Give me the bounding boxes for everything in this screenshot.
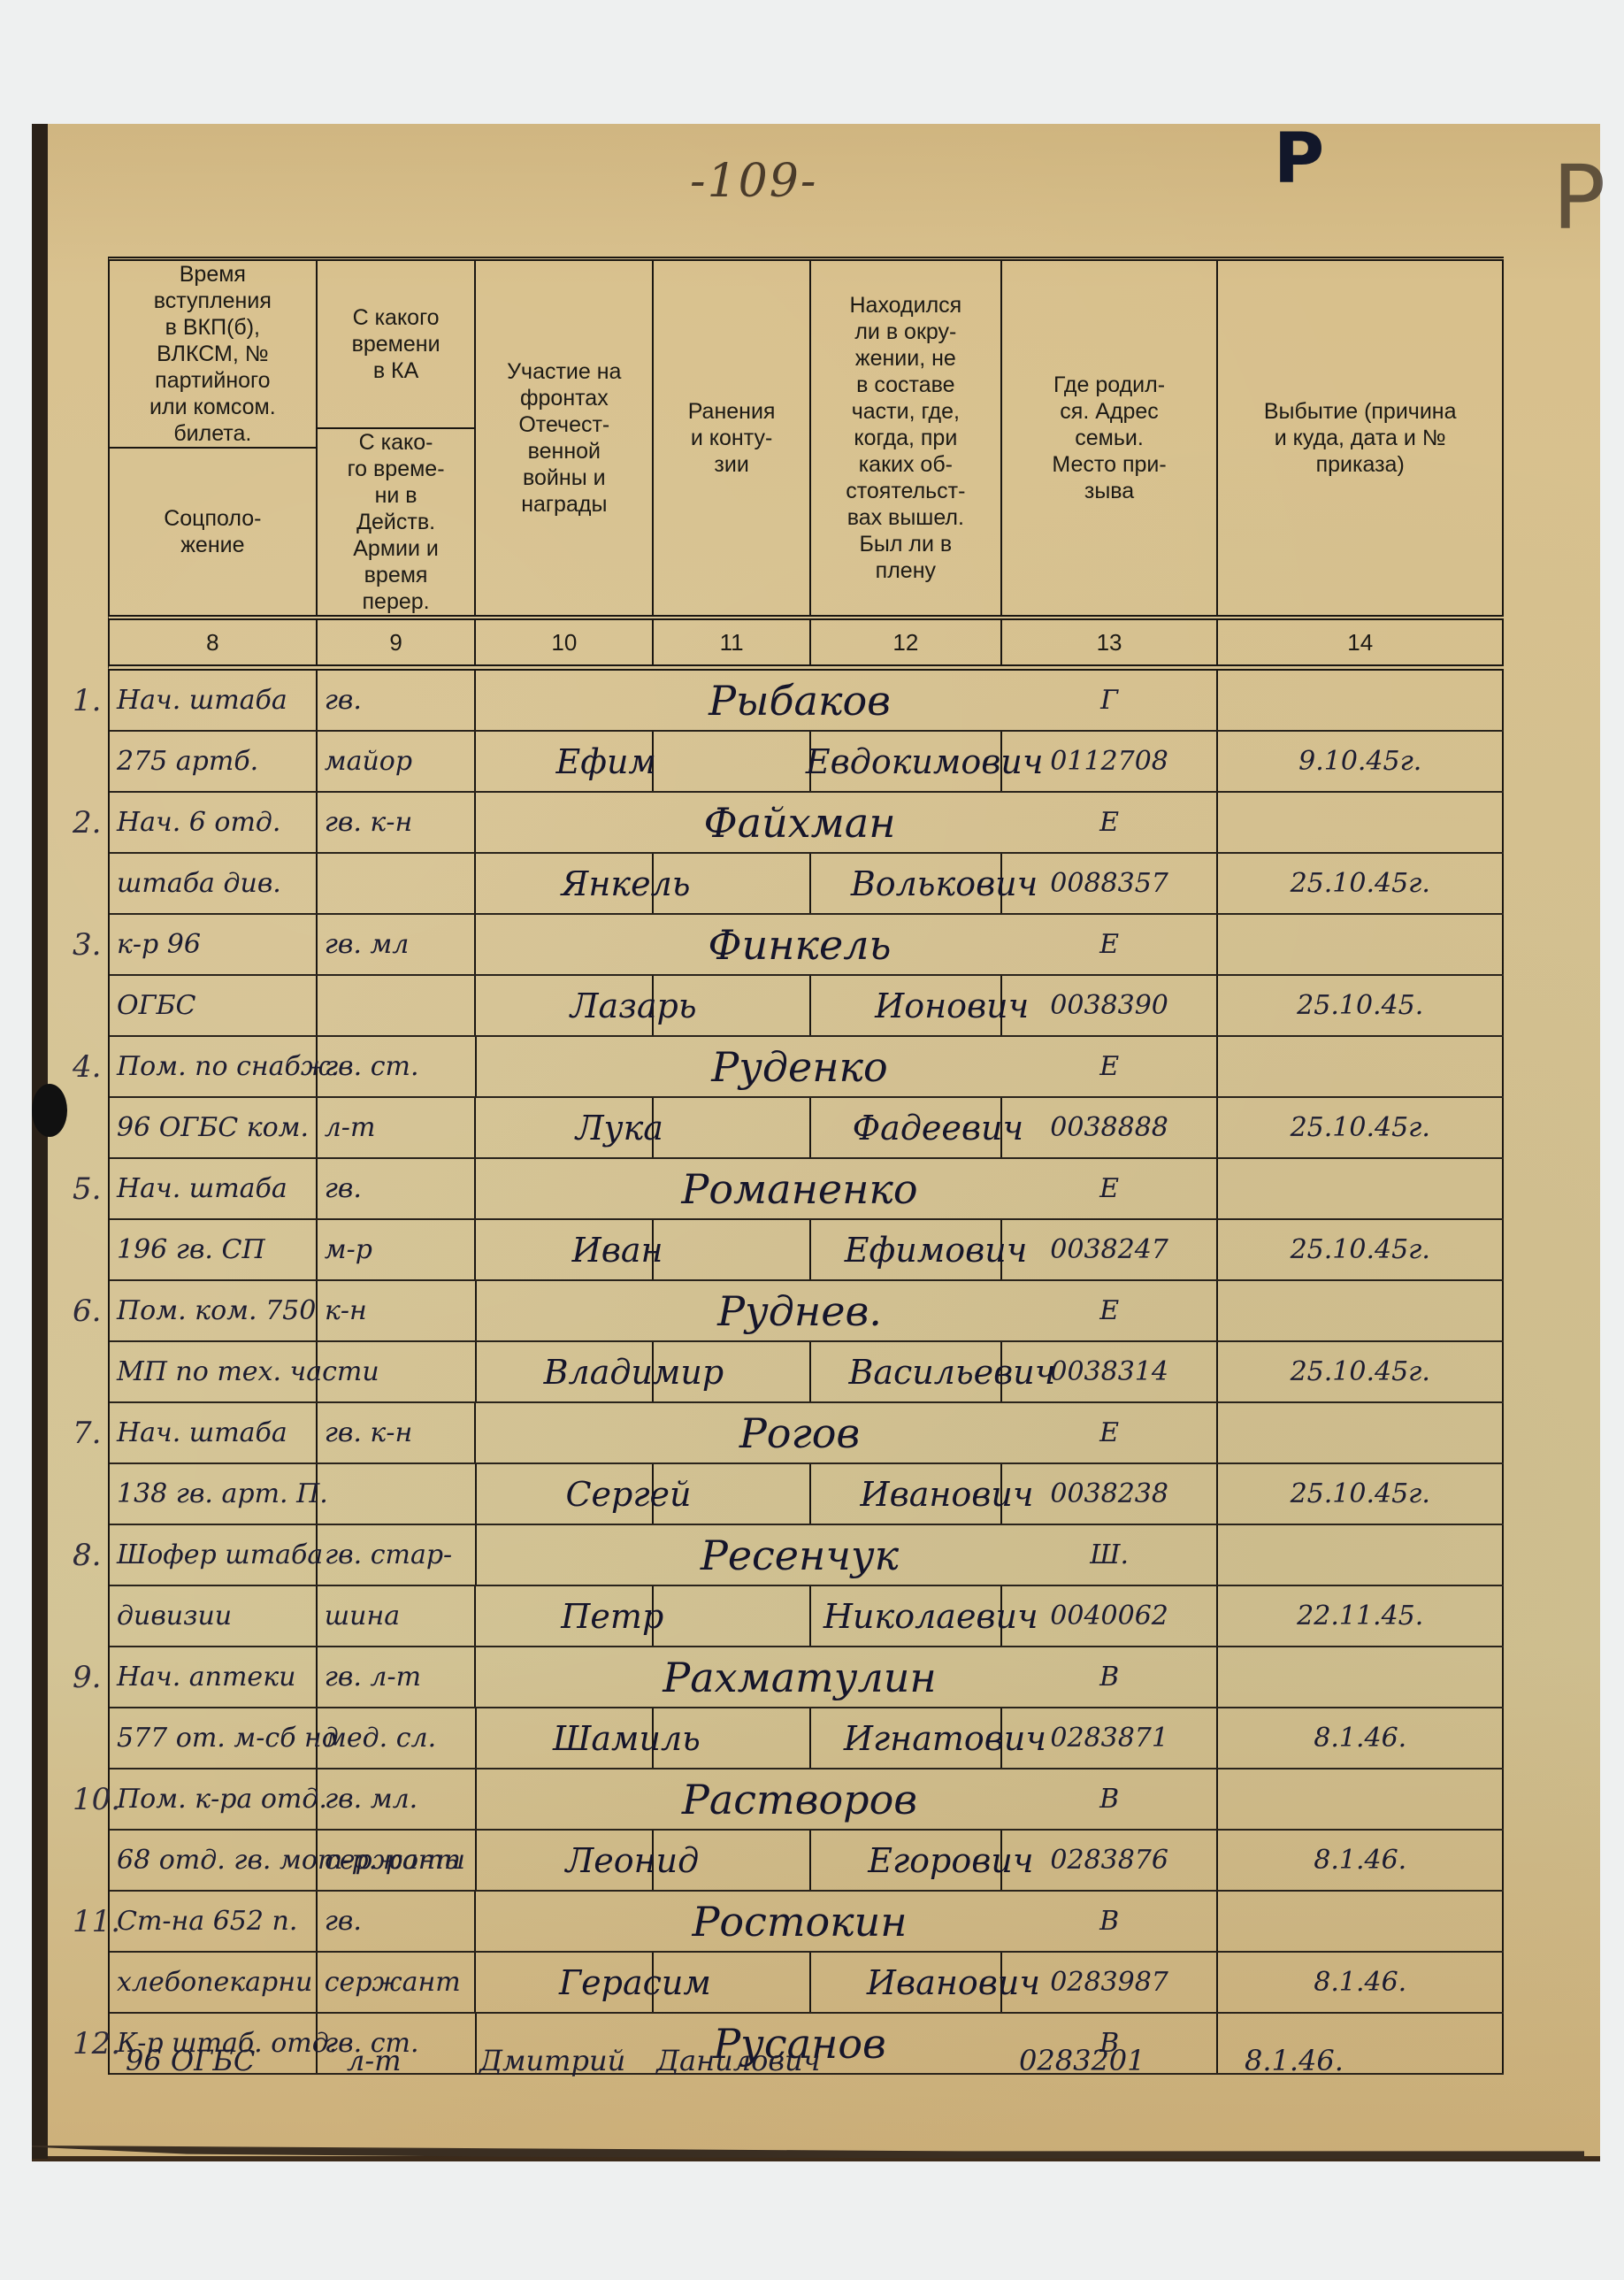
rank-cell: гв. стар-	[318, 1525, 477, 1585]
col-12-cell	[811, 1159, 1002, 1218]
index-letter: Р	[1274, 119, 1324, 199]
table-row-surname: 3.к-р 96гв. млЕФинкель	[110, 915, 1504, 976]
table-body: 1.Нач. штабагв.ГРыбаков275 артб.майор011…	[108, 671, 1504, 2075]
departure-date-cell: 25.10.45г.	[1218, 854, 1504, 913]
col-10-cell	[476, 1159, 654, 1218]
id-number-cell: 0112708	[1002, 732, 1219, 791]
col-11-cell	[654, 1098, 811, 1157]
header-col-10: Участие на фронтах Отечест- венной войны…	[476, 261, 654, 615]
departure-date-cell: 8.1.46.	[1218, 1953, 1504, 2012]
col-12-cell	[811, 1220, 1002, 1279]
col-14-cell	[1218, 915, 1504, 974]
rank-cell: гв.	[318, 1159, 477, 1218]
rank-cell: гв.	[318, 671, 477, 730]
nationality-code-cell: В	[1002, 1892, 1219, 1951]
entry-number: 11.	[73, 1892, 120, 1951]
col-10-cell	[476, 1220, 654, 1279]
col-12-cell	[811, 1831, 1002, 1890]
nationality-code-cell: Ш.	[1002, 1525, 1219, 1585]
column-number: 9	[318, 620, 477, 664]
rank-cell: гв. к-н	[318, 1403, 477, 1462]
col-10-cell	[477, 1769, 655, 1829]
col-14-cell	[1218, 1037, 1504, 1096]
entry-number: 2.	[73, 793, 101, 852]
rank-text: л-т	[347, 2044, 402, 2077]
col-10-cell	[476, 976, 654, 1035]
col-12-cell	[811, 732, 1002, 791]
header-col-9: С какого времени в КА С како- го време- …	[318, 261, 477, 615]
col-10-cell	[476, 1098, 654, 1157]
table-row-details: 138 гв. арт. П.003823825.10.45г.СергейИв…	[110, 1464, 1504, 1525]
col-11-cell	[654, 915, 811, 974]
unit-cell: 138 гв. арт. П.	[110, 1464, 318, 1524]
table-row-details: хлебопекарнисержант02839878.1.46.Герасим…	[110, 1953, 1504, 2014]
col-12-cell	[811, 854, 1002, 913]
entry-number: 6.	[73, 1281, 101, 1340]
col-11-cell	[654, 1342, 811, 1401]
col-10-cell	[477, 1525, 655, 1585]
col-12-cell	[811, 915, 1002, 974]
col-12-cell	[811, 1098, 1002, 1157]
col-12-cell	[811, 1586, 1002, 1646]
col-11-cell	[654, 1831, 811, 1890]
table-row-details: 196 гв. СПм-р003824725.10.45г.ИванЕфимов…	[110, 1220, 1504, 1281]
col-11-cell	[654, 854, 811, 913]
col-12-cell	[811, 1525, 1002, 1585]
nationality-code-cell: Г	[1002, 671, 1219, 730]
rank-cell	[318, 976, 477, 1035]
rank-cell: к-н	[318, 1281, 477, 1340]
col-12-cell	[811, 1464, 1002, 1524]
nationality-code-cell: Е	[1002, 1403, 1219, 1462]
entry-number: 3.	[73, 915, 101, 974]
col-10-cell	[476, 915, 654, 974]
position-cell: Шофер штаба	[110, 1525, 318, 1585]
departure-date-cell: 25.10.45г.	[1218, 1342, 1504, 1401]
entry-number: 7.	[73, 1403, 101, 1462]
entry-number: 5.	[73, 1159, 101, 1218]
col-14-cell	[1218, 1281, 1504, 1340]
col-14-cell	[1218, 1525, 1504, 1585]
col-10-cell	[477, 1708, 655, 1768]
id-number-cell: 0038238	[1002, 1464, 1219, 1524]
id-number-cell: 0038390	[1002, 976, 1219, 1035]
departure-date-cell: 25.10.45.	[1218, 976, 1504, 1035]
table-row-details: 577 от. м-сб ндмед. сл.02838718.1.46.Шам…	[110, 1708, 1504, 1769]
col-11-cell	[654, 1525, 811, 1585]
col-12-cell	[811, 1403, 1002, 1462]
rank-cell	[318, 854, 477, 913]
column-number-row: 8 9 10 11 12 13 14	[108, 615, 1504, 671]
col-12-cell	[811, 1342, 1002, 1401]
departure-date-cell: 8.1.46.	[1218, 1831, 1504, 1890]
column-number: 13	[1002, 620, 1219, 664]
col-14-cell	[1218, 1892, 1504, 1951]
table-row-details: штаба див.008835725.10.45г.ЯнкельВольков…	[110, 854, 1504, 915]
rank-cell: шина	[318, 1586, 477, 1646]
col-10-cell	[476, 1953, 654, 2012]
rank-cell: гв. мл.	[318, 1769, 477, 1829]
col-10-cell	[477, 1281, 655, 1340]
ink-stain	[32, 1084, 67, 1137]
id-number-cell: 0038888	[1002, 1098, 1219, 1157]
col-10-cell	[476, 1586, 654, 1646]
id-number-cell: 0283876	[1002, 1831, 1219, 1890]
col-14-cell	[1218, 1159, 1504, 1218]
col-10-cell	[476, 793, 654, 852]
rank-cell: гв. мл	[318, 915, 477, 974]
col-11-cell	[654, 1403, 811, 1462]
column-number: 8	[110, 620, 318, 664]
col-11-cell	[654, 1892, 811, 1951]
col-11-cell	[654, 1159, 811, 1218]
nationality-code-cell: Е	[1002, 1159, 1219, 1218]
nationality-code-cell: Е	[1002, 1281, 1219, 1340]
rank-cell: сержант	[318, 1953, 477, 2012]
position-cell: Пом. к-ра отд.	[110, 1769, 318, 1829]
entry-number: 8.	[73, 1525, 101, 1585]
col-14-cell	[1218, 1647, 1504, 1707]
column-number: 11	[654, 620, 811, 664]
edge-index-letter: Р	[1552, 146, 1605, 249]
unit-cell: 196 гв. СП	[110, 1220, 318, 1279]
nationality-code-cell: Е	[1002, 1037, 1219, 1096]
col-11-cell	[654, 1220, 811, 1279]
unit-cell: 275 артб.	[110, 732, 318, 791]
overflow-entry-line: 96 ОГБСл-тДмитрийДанилович02832018.1.46.	[108, 2035, 1504, 2097]
unit-cell: МП по тех. части	[110, 1342, 318, 1401]
id-number-cell: 0088357	[1002, 854, 1219, 913]
table-header: Время вступления в ВКП(б), ВЛКСМ, № парт…	[108, 257, 1504, 615]
id-number-cell: 0040062	[1002, 1586, 1219, 1646]
rank-cell	[318, 1464, 477, 1524]
id-number-cell: 0283987	[1002, 1953, 1219, 2012]
position-cell: Нач. 6 отд.	[110, 793, 318, 852]
table-row-details: МП по тех. части003831425.10.45г.Владими…	[110, 1342, 1504, 1403]
page-number: -109-	[690, 155, 817, 208]
nationality-code-cell: В	[1002, 1769, 1219, 1829]
header-social-status: Соцполо- жение	[110, 449, 316, 615]
position-cell: Нач. штаба	[110, 1403, 318, 1462]
col-10-cell	[477, 1831, 655, 1890]
departure-date-cell: 8.1.46.	[1218, 1708, 1504, 1768]
col-14-cell	[1218, 671, 1504, 730]
position-cell: к-р 96	[110, 915, 318, 974]
entry-number: 10.	[73, 1769, 120, 1829]
col-10-cell	[476, 854, 654, 913]
col-14-cell	[1218, 793, 1504, 852]
header-col-11: Ранения и конту- зии	[654, 261, 811, 615]
rank-cell: м-р	[318, 1220, 477, 1279]
first-name: Дмитрий	[479, 2044, 625, 2077]
header-service-since: С какого времени в КА	[318, 261, 475, 429]
table-row-surname: 8.Шофер штабагв. стар-Ш.Ресенчук	[110, 1525, 1504, 1586]
rank-cell: л-т	[318, 1098, 477, 1157]
position-cell: Ст-на 652 п.	[110, 1892, 318, 1951]
departure-date-cell: 25.10.45г.	[1218, 1220, 1504, 1279]
col-10-cell	[476, 1892, 654, 1951]
departure-date-cell: 25.10.45г.	[1218, 1098, 1504, 1157]
header-party-membership: Время вступления в ВКП(б), ВЛКСМ, № парт…	[110, 261, 316, 449]
col-14-cell	[1218, 1403, 1504, 1462]
col-10-cell	[477, 1342, 655, 1401]
table-row-surname: 6.Пом. ком. 750к-нЕРуднев.	[110, 1281, 1504, 1342]
unit-cell: дивизии	[110, 1586, 318, 1646]
column-number: 10	[476, 620, 654, 664]
table-row-surname: 1.Нач. штабагв.ГРыбаков	[110, 671, 1504, 732]
departure-date-text: 8.1.46.	[1245, 2044, 1344, 2077]
rank-cell: мед. сл.	[318, 1708, 477, 1768]
departure-date-cell: 9.10.45г.	[1218, 732, 1504, 791]
col-11-cell	[654, 1769, 811, 1829]
col-12-cell	[811, 1892, 1002, 1951]
unit-cell: штаба див.	[110, 854, 318, 913]
table-row-surname: 7.Нач. штабагв. к-нЕРогов	[110, 1403, 1504, 1464]
id-number-cell: 0038314	[1002, 1342, 1219, 1401]
table-row-details: 96 ОГБС ком.л-т003888825.10.45г.ЛукаФаде…	[110, 1098, 1504, 1159]
unit-cell: 68 отд. гв. мот-р. роты	[110, 1831, 318, 1890]
departure-date-cell: 22.11.45.	[1218, 1586, 1504, 1646]
position-cell: Нач. штаба	[110, 1159, 318, 1218]
id-number-cell: 0038247	[1002, 1220, 1219, 1279]
nationality-code-cell: Е	[1002, 793, 1219, 852]
rank-cell: гв.	[318, 1892, 477, 1951]
col-11-cell	[654, 732, 811, 791]
table-row-surname: 4.Пом. по снабж.гв. ст.ЕРуденко	[110, 1037, 1504, 1098]
col-11-cell	[654, 976, 811, 1035]
unit-text: 96 ОГБС	[126, 2044, 255, 2077]
patronymic: Данилович	[656, 2044, 821, 2077]
table-row-surname: 9.Нач. аптекигв. л-тВРахматулин	[110, 1647, 1504, 1708]
col-12-cell	[811, 793, 1002, 852]
unit-cell: хлебопекарни	[110, 1953, 318, 2012]
departure-date-cell: 25.10.45г.	[1218, 1464, 1504, 1524]
rank-cell: гв. л-т	[318, 1647, 477, 1707]
col-10-cell	[476, 1403, 654, 1462]
col-12-cell	[811, 671, 1002, 730]
col-11-cell	[654, 1464, 811, 1524]
col-14-cell	[1218, 1769, 1504, 1829]
table-row-details: 275 артб.майор01127089.10.45г.ЕфимЕвдоки…	[110, 732, 1504, 793]
table-row-details: 68 отд. гв. мот-р. ротысержант02838768.1…	[110, 1831, 1504, 1892]
col-12-cell	[811, 1647, 1002, 1707]
column-number: 14	[1218, 620, 1504, 664]
column-number: 12	[811, 620, 1002, 664]
col-11-cell	[654, 1708, 811, 1768]
col-11-cell	[654, 1281, 811, 1340]
table-row-details: ОГБС003839025.10.45.ЛазарьИонович	[110, 976, 1504, 1037]
unit-cell: ОГБС	[110, 976, 318, 1035]
unit-cell: 577 от. м-сб нд	[110, 1708, 318, 1768]
col-11-cell	[654, 1647, 811, 1707]
header-col-12: Находился ли в окру- жении, не в составе…	[811, 261, 1002, 615]
rank-cell: гв. к-н	[318, 793, 477, 852]
col-12-cell	[811, 1708, 1002, 1768]
header-col-14: Выбытие (причина и куда, дата и № приказ…	[1218, 261, 1504, 615]
id-number-text: 0283201	[1019, 2044, 1145, 2077]
col-10-cell	[476, 1647, 654, 1707]
nationality-code-cell: В	[1002, 1647, 1219, 1707]
rank-cell: гв. ст.	[318, 1037, 477, 1096]
col-12-cell	[811, 1037, 1002, 1096]
table-row-surname: 2.Нач. 6 отд.гв. к-нЕФайхман	[110, 793, 1504, 854]
col-12-cell	[811, 1953, 1002, 2012]
col-12-cell	[811, 1769, 1002, 1829]
header-active-army-since: С како- го време- ни в Действ. Армии и в…	[318, 429, 475, 615]
position-cell: Пом. по снабж.	[110, 1037, 318, 1096]
personnel-register-table: Время вступления в ВКП(б), ВЛКСМ, № парт…	[108, 257, 1504, 2075]
table-row-details: дивизиишина004006222.11.45.ПетрНиколаеви…	[110, 1586, 1504, 1647]
nationality-code-cell: Е	[1002, 915, 1219, 974]
table-row-surname: 5.Нач. штабагв.ЕРоманенко	[110, 1159, 1504, 1220]
position-cell: Пом. ком. 750	[110, 1281, 318, 1340]
entry-number: 4.	[73, 1037, 101, 1096]
rank-cell: сержант	[318, 1831, 477, 1890]
col-12-cell	[811, 976, 1002, 1035]
position-cell: Нач. штаба	[110, 671, 318, 730]
col-11-cell	[654, 793, 811, 852]
col-11-cell	[654, 671, 811, 730]
entry-number: 9.	[73, 1647, 101, 1707]
col-10-cell	[477, 1464, 655, 1524]
header-col-8: Время вступления в ВКП(б), ВЛКСМ, № парт…	[110, 261, 318, 615]
col-11-cell	[654, 1586, 811, 1646]
col-10-cell	[477, 1037, 655, 1096]
position-cell: Нач. аптеки	[110, 1647, 318, 1707]
table-row-surname: 11.Ст-на 652 п.гв.ВРостокин	[110, 1892, 1504, 1953]
entry-number: 1.	[73, 671, 101, 730]
col-11-cell	[654, 1953, 811, 2012]
col-10-cell	[476, 732, 654, 791]
rank-cell	[318, 1342, 477, 1401]
unit-cell: 96 ОГБС ком.	[110, 1098, 318, 1157]
col-11-cell	[654, 1037, 811, 1096]
header-col-13: Где родил- ся. Адрес семьи. Место при- з…	[1002, 261, 1219, 615]
id-number-cell: 0283871	[1002, 1708, 1219, 1768]
table-row-surname: 10.Пом. к-ра отд.гв. мл.ВРастворов	[110, 1769, 1504, 1831]
col-12-cell	[811, 1281, 1002, 1340]
rank-cell: майор	[318, 732, 477, 791]
col-10-cell	[476, 671, 654, 730]
